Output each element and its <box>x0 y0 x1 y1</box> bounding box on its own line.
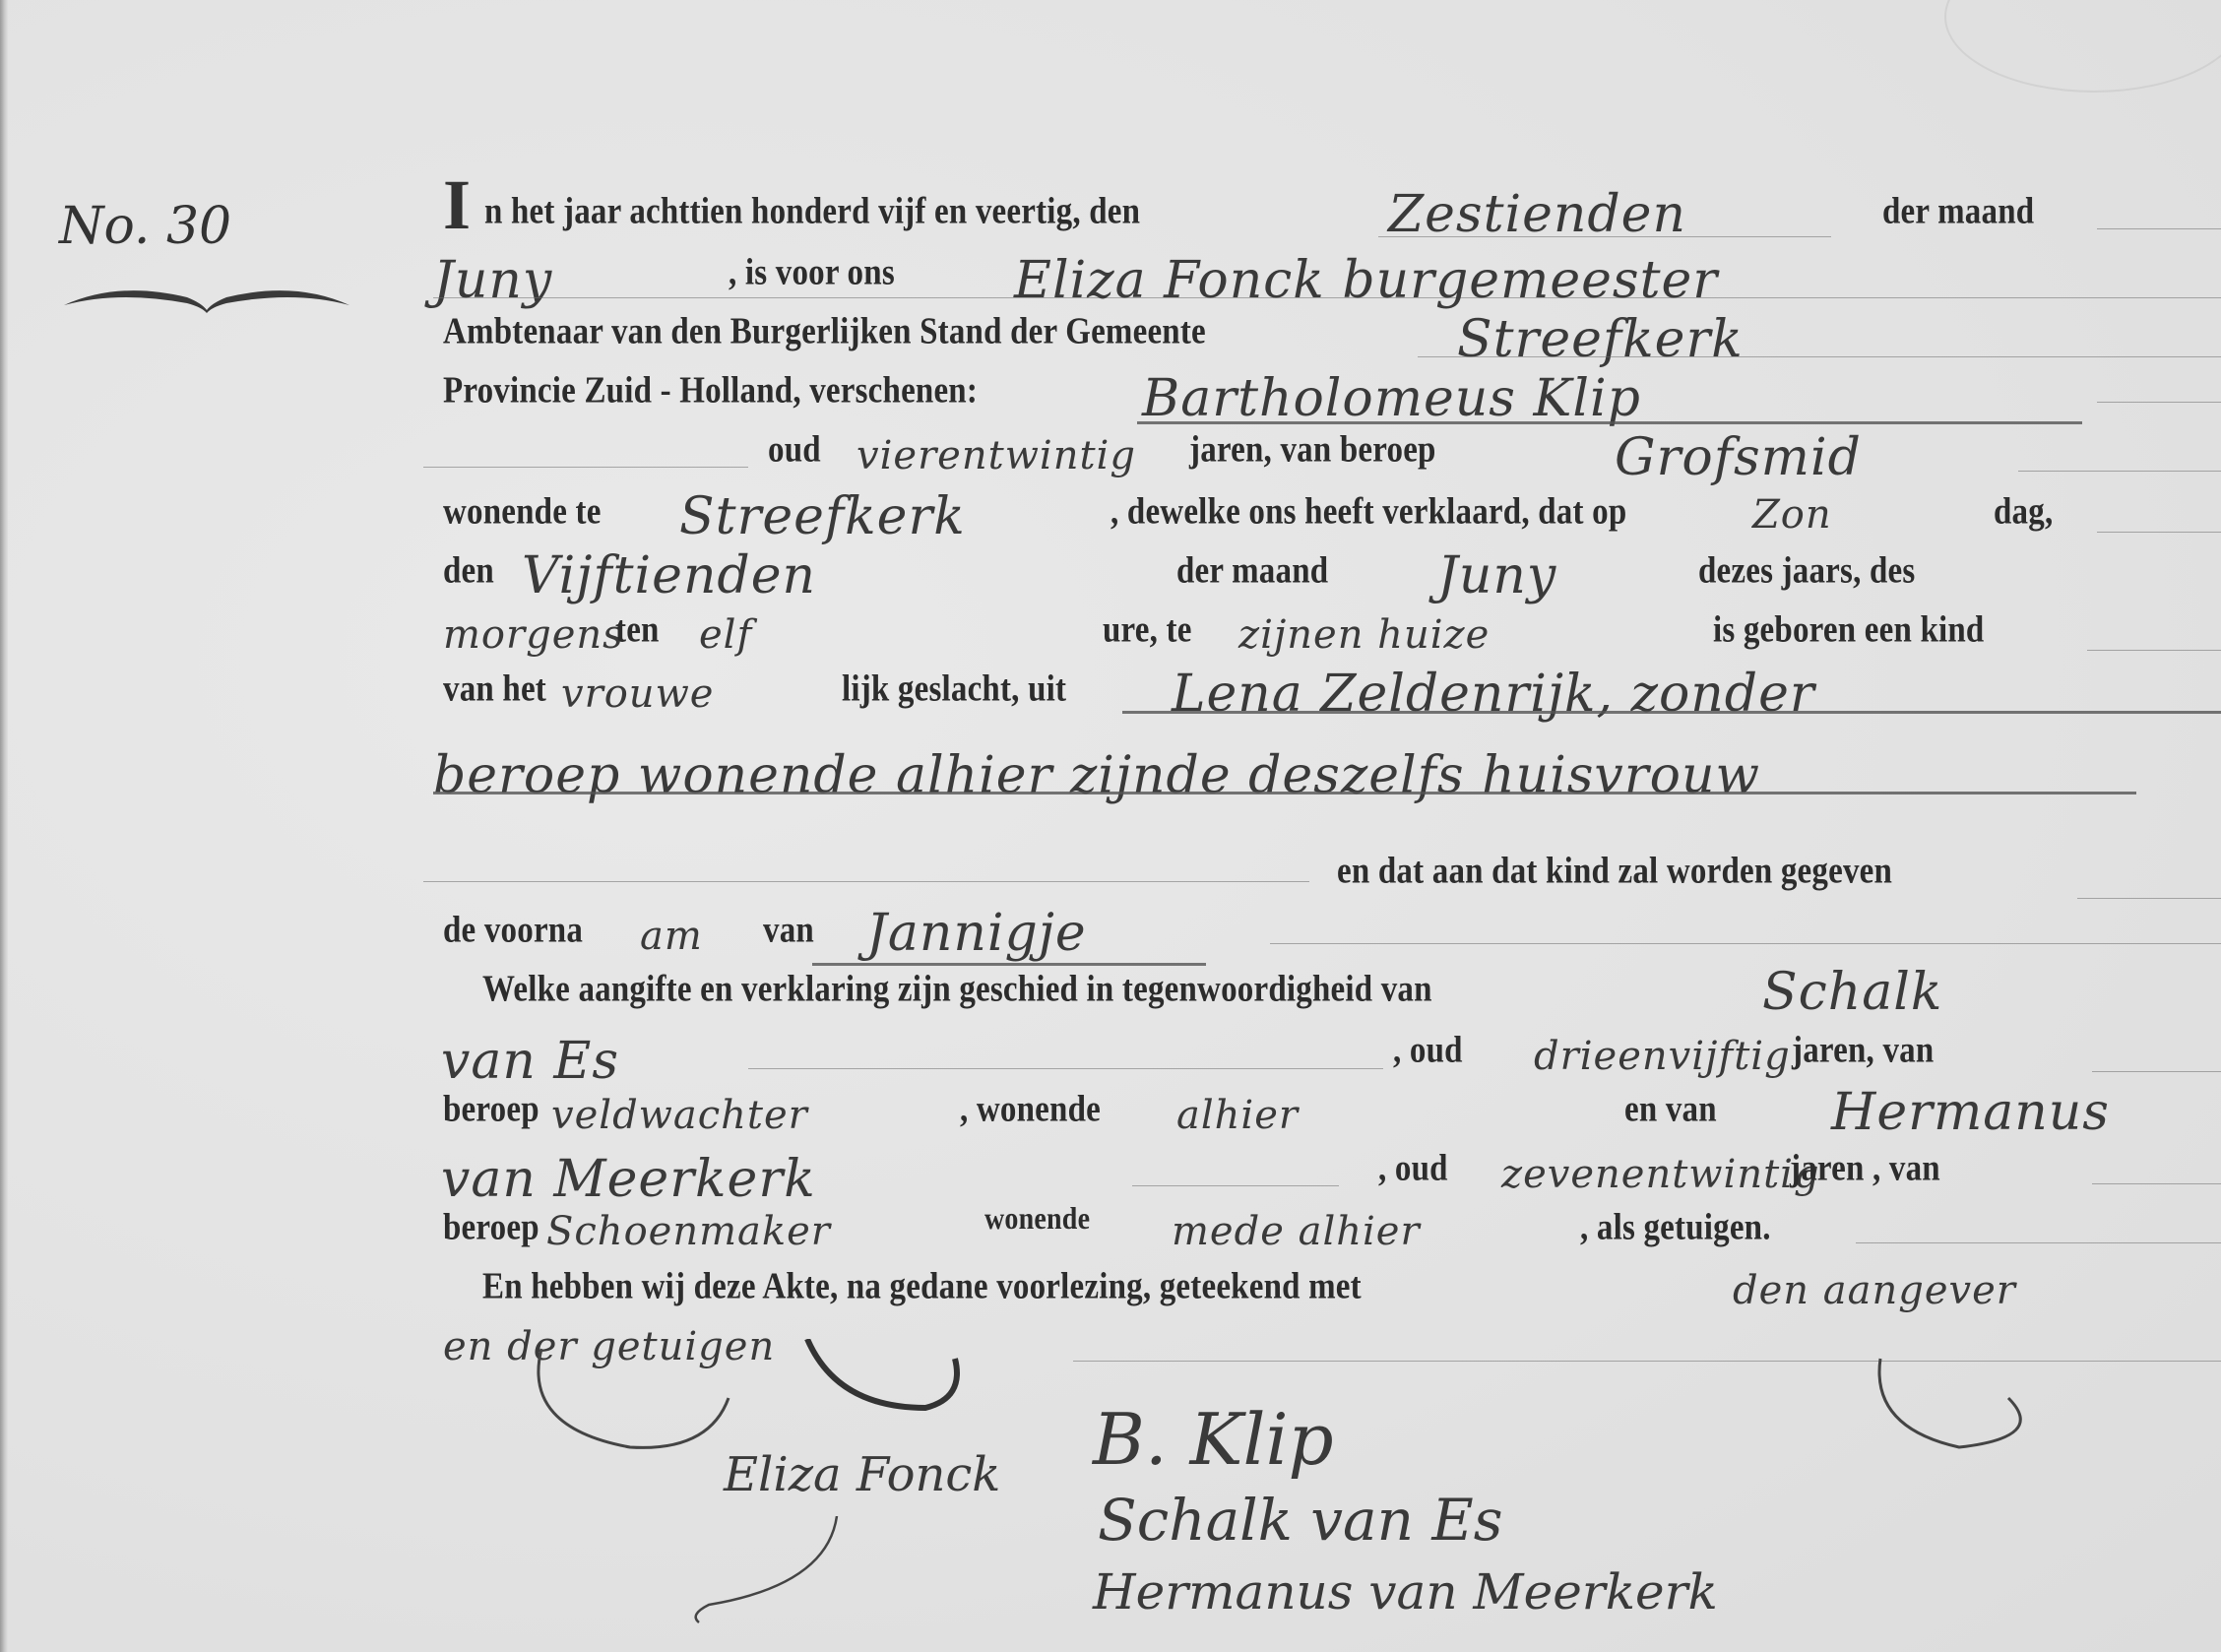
hw-declarant-residence: Streefkerk <box>679 487 966 546</box>
printed-line6b: , dewelke ons heeft verklaard, dat op <box>1110 491 1626 534</box>
hw-birth-day: Vijftienden <box>522 546 816 605</box>
printed-line1b: der maand <box>1882 191 2034 233</box>
printed-line7c: dezes jaars, des <box>1698 550 1915 593</box>
printed-line15b: , wonende <box>960 1089 1101 1131</box>
printed-line3: Ambtenaar van den Burgerlijken Stand der… <box>443 311 1206 353</box>
hw-sex: vrouwe <box>561 671 714 717</box>
hw-declarant: Bartholomeus Klip <box>1142 369 1641 428</box>
hw-gemeente: Streefkerk <box>1457 310 1744 369</box>
hw-declarant-age: vierentwintig <box>857 433 1136 478</box>
hw-mother: Lena Zeldenrijk, zonder <box>1172 665 1815 724</box>
printed-line8a: ten <box>615 609 660 652</box>
printed-line16b: jaren , van <box>1790 1148 1940 1190</box>
hw-witness1-residence: alhier <box>1176 1093 1299 1138</box>
printed-line14b: jaren, van <box>1792 1030 1934 1072</box>
hw-birth-month: Juny <box>1437 546 1556 605</box>
flourish-ornament-icon <box>59 276 354 315</box>
hw-witness2-residence: mede alhier <box>1172 1209 1421 1254</box>
printed-line2: , is voor ons <box>729 252 895 294</box>
hw-witness2-name-a: Hermanus <box>1831 1083 2110 1142</box>
printed-line5a: oud <box>768 429 821 472</box>
printed-line12a: de voorna <box>443 910 583 952</box>
signature-declarant: B. Klip <box>1093 1398 1334 1481</box>
printed-line6c: dag, <box>1994 491 2053 534</box>
embossed-seal <box>1944 0 2221 93</box>
printed-line1a: n het jaar achttien honderd vijf en veer… <box>484 191 1140 233</box>
hw-place: zijnen huize <box>1238 612 1490 658</box>
printed-line8b: ure, te <box>1103 609 1192 652</box>
hw-time-of-day: morgens <box>443 612 624 658</box>
printed-line7b: der maand <box>1176 550 1328 593</box>
printed-line12b: van <box>763 910 814 952</box>
hw-witness1-age: drieenvijftig <box>1534 1034 1791 1079</box>
hw-witness2-age: zevenentwintig <box>1501 1152 1820 1197</box>
hw-voornaam-suffix: am <box>640 914 703 959</box>
printed-line14a: , oud <box>1393 1030 1463 1072</box>
signature-underline-icon <box>679 1516 876 1624</box>
printed-line6a: wonende te <box>443 491 602 534</box>
printed-line5b: jaren, van beroep <box>1189 429 1436 472</box>
printed-line13: Welke aangifte en verklaring zijn geschi… <box>482 969 1432 1011</box>
printed-line15a: beroep <box>443 1089 539 1131</box>
hw-official: Eliza Fonck burgemeester <box>1014 251 1718 310</box>
record-number: No. 30 <box>59 197 231 256</box>
printed-line4: Provincie Zuid - Holland, verschenen: <box>443 370 978 413</box>
signature-witness1: Schalk van Es <box>1098 1487 1503 1554</box>
printed-line9b: lijk geslacht, uit <box>842 668 1066 711</box>
document-page: No. 30 I n het jaar achttien honderd vij… <box>0 0 2221 1652</box>
signature-official: Eliza Fonck <box>724 1447 1000 1502</box>
hw-witness1-occupation: veldwachter <box>551 1093 808 1138</box>
printed-line18: En hebben wij deze Akte, na gedane voorl… <box>482 1266 1362 1308</box>
printed-line9a: van het <box>443 668 546 711</box>
hw-child-name: Jannigje <box>866 904 1087 963</box>
hw-witness1-name-b: van Es <box>441 1032 619 1091</box>
binding-edge <box>0 0 8 1652</box>
drop-cap: I <box>443 169 471 240</box>
printed-line7a: den <box>443 550 494 593</box>
hw-witness1-name-a: Schalk <box>1762 963 1942 1022</box>
hw-witness2-occupation: Schoenmaker <box>546 1209 831 1254</box>
hw-hour: elf <box>699 612 752 658</box>
printed-line17a: beroep <box>443 1207 539 1249</box>
hw-month-of-record: Juny <box>433 251 552 310</box>
hw-birth-weekday: Zon <box>1752 492 1832 538</box>
hw-signed-with-a: den aangever <box>1733 1268 2016 1313</box>
hw-declarant-occupation: Grofsmid <box>1615 428 1862 487</box>
printed-line17b: wonende <box>984 1201 1090 1238</box>
printed-line15c: en van <box>1624 1089 1717 1131</box>
hw-mother-cont: beroep wonende alhier zijnde deszelfs hu… <box>433 746 1760 805</box>
hw-witness2-name-b: van Meerkerk <box>441 1150 816 1209</box>
printed-line8c: is geboren een kind <box>1713 609 1985 652</box>
signature-witness2: Hermanus van Meerkerk <box>1093 1563 1718 1620</box>
printed-line17c: , als getuigen. <box>1580 1207 1771 1249</box>
hw-day-of-record: Zestienden <box>1388 185 1686 244</box>
printed-line11: en dat aan dat kind zal worden gegeven <box>1337 851 1892 893</box>
printed-line16a: , oud <box>1378 1148 1448 1190</box>
